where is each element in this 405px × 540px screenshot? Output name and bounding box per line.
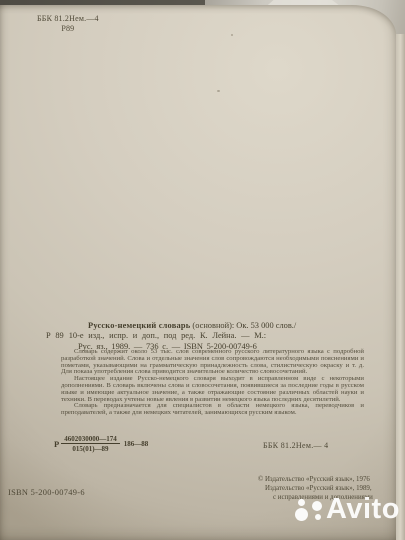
paper-speck: [217, 90, 220, 92]
index-denominator: 015(01)—89: [61, 444, 120, 453]
catalog-entry-line1: Русско-немецкий словарь (основной): Ок. …: [46, 321, 376, 331]
bbk-classification-bottom: ББК 81.2Нем.— 4: [263, 441, 328, 450]
author-sign: Р89: [37, 24, 99, 33]
book-title: Русско-немецкий словарь: [88, 321, 190, 330]
book-title-tail: (основной): Ок. 53 000 слов./: [190, 321, 296, 330]
annotation: Словарь содержит около 53 тыс. слов совр…: [61, 349, 364, 417]
book-copyright-page: ББК 81.2Нем.—4 Р89 Русско-немецкий слова…: [0, 5, 396, 540]
bbk-line: ББК 81.2Нем.—4: [37, 14, 99, 23]
index-prefix: Р: [54, 439, 59, 449]
publication-index: Р 4602030000—174 015(01)—89 186—88: [54, 435, 148, 453]
annotation-paragraph-2: Настоящее издание Русско-немецкого слова…: [61, 376, 364, 403]
copyright-line-1: © Издательство «Русский язык», 1976: [258, 476, 373, 485]
index-numerator: 4602030000—174: [61, 435, 120, 444]
copyright-line-3: с исправлениями и дополнениями: [258, 494, 373, 503]
photo-vignette: [0, 5, 396, 540]
isbn-number: ISBN 5-200-00749-6: [8, 488, 85, 497]
index-order-number: 186—88: [124, 440, 149, 448]
copyright-notice: © Издательство «Русский язык», 1976 Изда…: [258, 476, 373, 502]
copyright-line-2: Издательство «Русский язык», 1989,: [258, 485, 373, 494]
book-photo: ББК 81.2Нем.—4 Р89 Русско-немецкий слова…: [0, 0, 405, 540]
annotation-paragraph-3: Словарь предназначается для специалистов…: [61, 403, 364, 417]
bbk-classification: ББК 81.2Нем.—4 Р89: [37, 14, 99, 33]
annotation-paragraph-1: Словарь содержит около 53 тыс. слов совр…: [61, 349, 364, 376]
catalog-entry-line2: Р 8910-е изд., испр. и доп., под ред. К.…: [46, 331, 376, 341]
paper-speck: [231, 34, 233, 36]
catalog-code: Р 89: [46, 331, 64, 340]
edition-info: 10-е изд., испр. и доп., под ред. К. Лей…: [69, 331, 266, 340]
index-fraction: 4602030000—174 015(01)—89: [61, 435, 120, 453]
